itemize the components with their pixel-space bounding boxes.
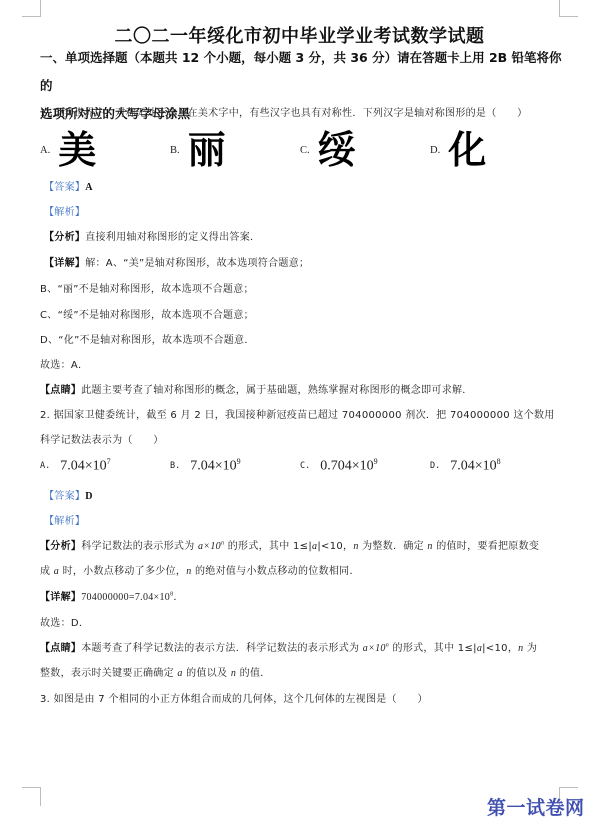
- sci-form: a×10n: [198, 541, 224, 552]
- q1-stem: 1. 现实世界中，对称无处不在．在美术字中，有些汉字也具有对称性．下列汉字是轴对…: [40, 104, 527, 119]
- option-char: 丽: [188, 131, 226, 169]
- q1-line-b: B、“丽”不是轴对称图形，故本选项不合题意；: [40, 280, 254, 295]
- dianjing-text: 整数，表示时关键要正确确定: [40, 668, 177, 679]
- option-label: D.: [430, 145, 440, 156]
- xiangjie-tag: 【详解】: [44, 258, 85, 269]
- fenxi-text: 的形式，其中 1≤|: [224, 541, 312, 552]
- page-corner-mark-top-right: [559, 0, 578, 17]
- dianjing-text: 本题考查了科学记数法的表示方法．科学记数法的表示形式为: [81, 643, 363, 654]
- q3-stem: 3. 如图是由 7 个相同的小正方体组合而成的几何体，这个几何体的左视图是（ ）: [40, 690, 428, 705]
- q1-answer: 【答案】A: [44, 178, 93, 193]
- sci-form-base: a×10: [198, 541, 221, 552]
- q1-analysis-tag: 【解析】: [44, 203, 85, 218]
- q2-conclusion: 故选：D．: [40, 614, 89, 629]
- q2-stem-line2: 科学记数法表示为（ ）: [40, 431, 164, 446]
- option-base: 7.04×10: [450, 459, 496, 474]
- option-exponent: 7: [107, 457, 111, 466]
- option-value: 7.04×107: [60, 457, 110, 475]
- dianjing-text: 的值以及: [183, 668, 231, 679]
- q1-option-b: B. 丽: [170, 131, 300, 169]
- dianjing-text: 此题主要考查了轴对称图形的概念，属于基础题，熟练掌握对称图形的概念即可求解．: [81, 385, 472, 396]
- answer-tag: 【答案】: [44, 491, 85, 502]
- xiangjie-end: ．: [173, 592, 183, 603]
- answer-value: A: [85, 182, 93, 193]
- section-heading-line1: 一、单项选择题（本题共 12 个小题，每小题 3 分，共 36 分）请在答题卡上…: [40, 44, 570, 100]
- q2-analysis-tag: 【解析】: [44, 512, 85, 527]
- fenxi-text: 时，小数点移动了多少位，: [59, 566, 186, 577]
- q2-answer: 【答案】D: [44, 487, 93, 502]
- dianjing-text: 的值．: [236, 668, 270, 679]
- q2-fenxi-line1: 【分析】科学记数法的表示形式为 a×10n 的形式，其中 1≤|a|<10，n …: [40, 537, 539, 552]
- page-corner-mark-top-left: [22, 0, 41, 17]
- option-label: A.: [40, 461, 50, 471]
- q2-option-c: C. 0.704×109: [300, 457, 430, 475]
- option-label: C.: [300, 461, 310, 471]
- dianjing-tag: 【点睛】: [40, 385, 81, 396]
- option-char: 绥: [318, 131, 356, 169]
- option-value: 7.04×109: [190, 457, 240, 475]
- option-char: 美: [58, 131, 96, 169]
- option-exponent: 8: [497, 457, 501, 466]
- q1-line-c: C、“绥”不是轴对称图形，故本选项不合题意；: [40, 306, 254, 321]
- page-corner-mark-bottom-left: [22, 787, 41, 806]
- q1-line-d: D、“化”不是轴对称图形，故本选项不合题意．: [40, 331, 255, 346]
- option-label: D.: [430, 461, 440, 471]
- option-char: 化: [448, 131, 486, 169]
- option-exponent: 9: [237, 457, 241, 466]
- q1-fenxi: 【分析】直接利用轴对称图形的定义得出答案．: [44, 228, 260, 243]
- q2-option-b: B. 7.04×109: [170, 457, 300, 475]
- option-base: 7.04×10: [190, 459, 236, 474]
- q1-xiangjie: 【详解】解：A、“美”是轴对称图形，故本选项符合题意；: [44, 254, 309, 269]
- fenxi-tag: 【分析】: [40, 541, 81, 552]
- q2-option-a: A. 7.04×107: [40, 457, 170, 475]
- option-label: A.: [40, 145, 50, 156]
- option-label: B.: [170, 461, 180, 471]
- option-base: 0.704×10: [320, 459, 373, 474]
- fenxi-text: 为整数．确定: [359, 541, 428, 552]
- option-label: C.: [300, 145, 310, 156]
- watermark-logo: 第一试卷网: [487, 793, 585, 820]
- fenxi-text: 成: [40, 566, 54, 577]
- q2-xiangjie: 【详解】704000000=7.04×108．: [40, 588, 184, 603]
- xiangjie-tag: 【详解】: [40, 592, 81, 603]
- q2-dianjing-line2: 整数，表示时关键要正确确定 a 的值以及 n 的值．: [40, 664, 271, 679]
- q2-option-d: D. 7.04×108: [430, 457, 560, 475]
- option-exponent: 9: [374, 457, 378, 466]
- q2-options: A. 7.04×107 B. 7.04×109 C. 0.704×109 D. …: [40, 455, 560, 477]
- fenxi-text: 直接利用轴对称图形的定义得出答案．: [85, 232, 260, 243]
- fenxi-text: 科学记数法的表示形式为: [81, 541, 198, 552]
- q1-option-d: D. 化: [430, 131, 560, 169]
- q2-fenxi-line2: 成 a 时，小数点移动了多少位，n 的绝对值与小数点移动的位数相同．: [40, 562, 360, 577]
- fenxi-tag: 【分析】: [44, 232, 85, 243]
- answer-value: D: [85, 491, 93, 502]
- sci-form-base: a×10: [363, 643, 386, 654]
- option-base: 7.04×10: [60, 459, 106, 474]
- q1-conclusion: 故选：A．: [40, 356, 88, 371]
- xiangjie-text: 解：A、“美”是轴对称图形，故本选项符合题意；: [85, 258, 309, 269]
- option-value: 7.04×108: [450, 457, 500, 475]
- q2-stem-line1: 2. 据国家卫健委统计，截至 6 月 2 日，我国接种新冠疫苗已超过 70400…: [40, 406, 555, 421]
- q2-dianjing-line1: 【点睛】本题考查了科学记数法的表示方法．科学记数法的表示形式为 a×10n 的形…: [40, 639, 537, 654]
- dianjing-text: 的形式，其中 1≤|: [389, 643, 477, 654]
- fenxi-text: 的值时，要看把原数变: [433, 541, 539, 552]
- q1-option-a: A. 美: [40, 131, 170, 169]
- option-label: B.: [170, 145, 180, 156]
- analysis-tag: 【解析】: [44, 207, 85, 218]
- answer-tag: 【答案】: [44, 182, 85, 193]
- q1-dianjing: 【点睛】此题主要考查了轴对称图形的概念，属于基础题，熟练掌握对称图形的概念即可求…: [40, 381, 473, 396]
- xiangjie-text: 704000000=7.04×10: [81, 592, 170, 603]
- sci-form: a×10n: [363, 643, 389, 654]
- fenxi-text: |<10，: [317, 541, 353, 552]
- dianjing-text: 为: [523, 643, 537, 654]
- fenxi-text: 的绝对值与小数点移动的位数相同．: [192, 566, 360, 577]
- analysis-tag: 【解析】: [44, 516, 85, 527]
- dianjing-tag: 【点睛】: [40, 643, 81, 654]
- dianjing-text: |<10，: [482, 643, 518, 654]
- q1-options: A. 美 B. 丽 C. 绥 D. 化: [40, 128, 560, 172]
- q1-option-c: C. 绥: [300, 131, 430, 169]
- option-value: 0.704×109: [320, 457, 377, 475]
